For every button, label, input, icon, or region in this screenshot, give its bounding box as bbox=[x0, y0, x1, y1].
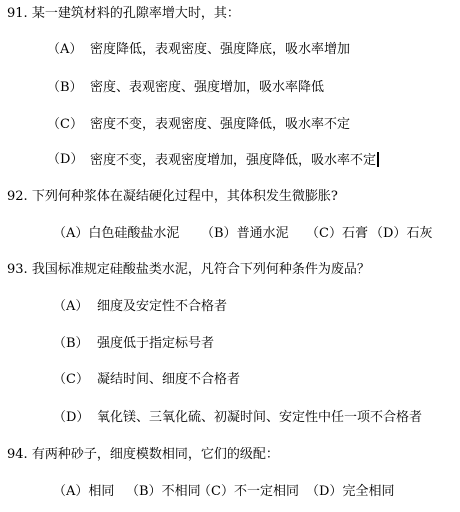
option-text: 不一定相同 bbox=[234, 484, 299, 499]
option-text: 细度及安定性不合格者 bbox=[97, 299, 227, 315]
option-b: （B）普通水泥 bbox=[201, 226, 289, 242]
question-92-stem: 92. 下列何种浆体在凝结硬化过程中，其体积发生微膨胀? bbox=[7, 189, 338, 205]
option-label: （B） bbox=[47, 80, 83, 96]
option-label: （C） bbox=[53, 372, 89, 388]
question-92-options: （A）白色硅酸盐水泥 （B）普通水泥 （C）石膏 （D）石灰 bbox=[0, 226, 460, 242]
option-label: （A） bbox=[53, 484, 88, 499]
option-text: 石灰 bbox=[406, 226, 432, 241]
option-label: （C） bbox=[47, 117, 83, 133]
option-text: 相同 bbox=[88, 484, 114, 499]
question-number: 91. bbox=[7, 6, 28, 21]
question-text: 某一建筑材料的孔隙率增大时，其： bbox=[32, 6, 240, 21]
option-text[interactable]: 密度不变，表观密度增加，强度降低，吸水率不定 bbox=[90, 152, 379, 169]
option-label: （A） bbox=[47, 42, 82, 58]
option-label: （C） bbox=[306, 226, 342, 241]
question-text: 有两种砂子，细度模数相同，它们的级配： bbox=[32, 447, 279, 462]
option-d: （D）完全相同 bbox=[306, 484, 394, 500]
option-label: （C） bbox=[198, 484, 234, 499]
option-text: 强度低于指定标号者 bbox=[97, 336, 214, 352]
text-cursor bbox=[377, 152, 379, 167]
option-label: （B） bbox=[126, 484, 162, 499]
question-number: 94. bbox=[7, 447, 28, 462]
option-a: （A）相同 bbox=[53, 484, 114, 500]
question-91-stem: 91. 某一建筑材料的孔隙率增大时，其： bbox=[7, 6, 240, 22]
option-label: （D） bbox=[53, 410, 89, 426]
option-d: （D）石灰 bbox=[370, 226, 432, 242]
option-a: （A）白色硅酸盐水泥 bbox=[53, 226, 179, 242]
option-text: 普通水泥 bbox=[237, 226, 289, 241]
option-label: （B） bbox=[53, 336, 89, 352]
option-label: （B） bbox=[201, 226, 237, 241]
question-text: 下列何种浆体在凝结硬化过程中，其体积发生微膨胀? bbox=[32, 189, 338, 204]
option-label: （A） bbox=[53, 299, 88, 315]
option-text: 密度、表观密度、强度增加，吸水率降低 bbox=[90, 80, 324, 96]
question-94-options: （A）相同 （B）不相同 （C）不一定相同 （D）完全相同 bbox=[0, 484, 460, 500]
option-b: （B）不相同 bbox=[126, 484, 201, 500]
option-c: （C）石膏 bbox=[306, 226, 368, 242]
option-label: （D） bbox=[306, 484, 342, 499]
option-label: （D） bbox=[370, 226, 406, 241]
option-label: （D） bbox=[47, 152, 83, 168]
option-text: 密度不变，表观密度、强度降低，吸水率不定 bbox=[90, 117, 350, 133]
question-number: 93. bbox=[7, 262, 28, 277]
question-94-stem: 94. 有两种砂子，细度模数相同，它们的级配： bbox=[7, 447, 279, 463]
question-number: 92. bbox=[7, 189, 28, 204]
question-text: 我国标准规定硅酸盐类水泥，凡符合下列何种条件为废品？ bbox=[32, 262, 370, 277]
option-text: 完全相同 bbox=[342, 484, 394, 499]
option-text: 凝结时间、细度不合格者 bbox=[97, 372, 240, 388]
option-c: （C）不一定相同 bbox=[198, 484, 299, 500]
option-text: 白色硅酸盐水泥 bbox=[88, 226, 179, 241]
option-text: 不相同 bbox=[162, 484, 201, 499]
option-text-content: 密度不变，表观密度增加，强度降低，吸水率不定 bbox=[90, 153, 376, 168]
option-text: 氧化镁、三氧化硫、初凝时间、安定性中任一项不合格者 bbox=[97, 410, 422, 426]
option-label: （A） bbox=[53, 226, 88, 241]
option-text: 密度降低，表观密度、强度降底，吸水率增加 bbox=[90, 42, 350, 58]
option-text: 石膏 bbox=[342, 226, 368, 241]
question-93-stem: 93. 我国标准规定硅酸盐类水泥，凡符合下列何种条件为废品？ bbox=[7, 262, 370, 278]
